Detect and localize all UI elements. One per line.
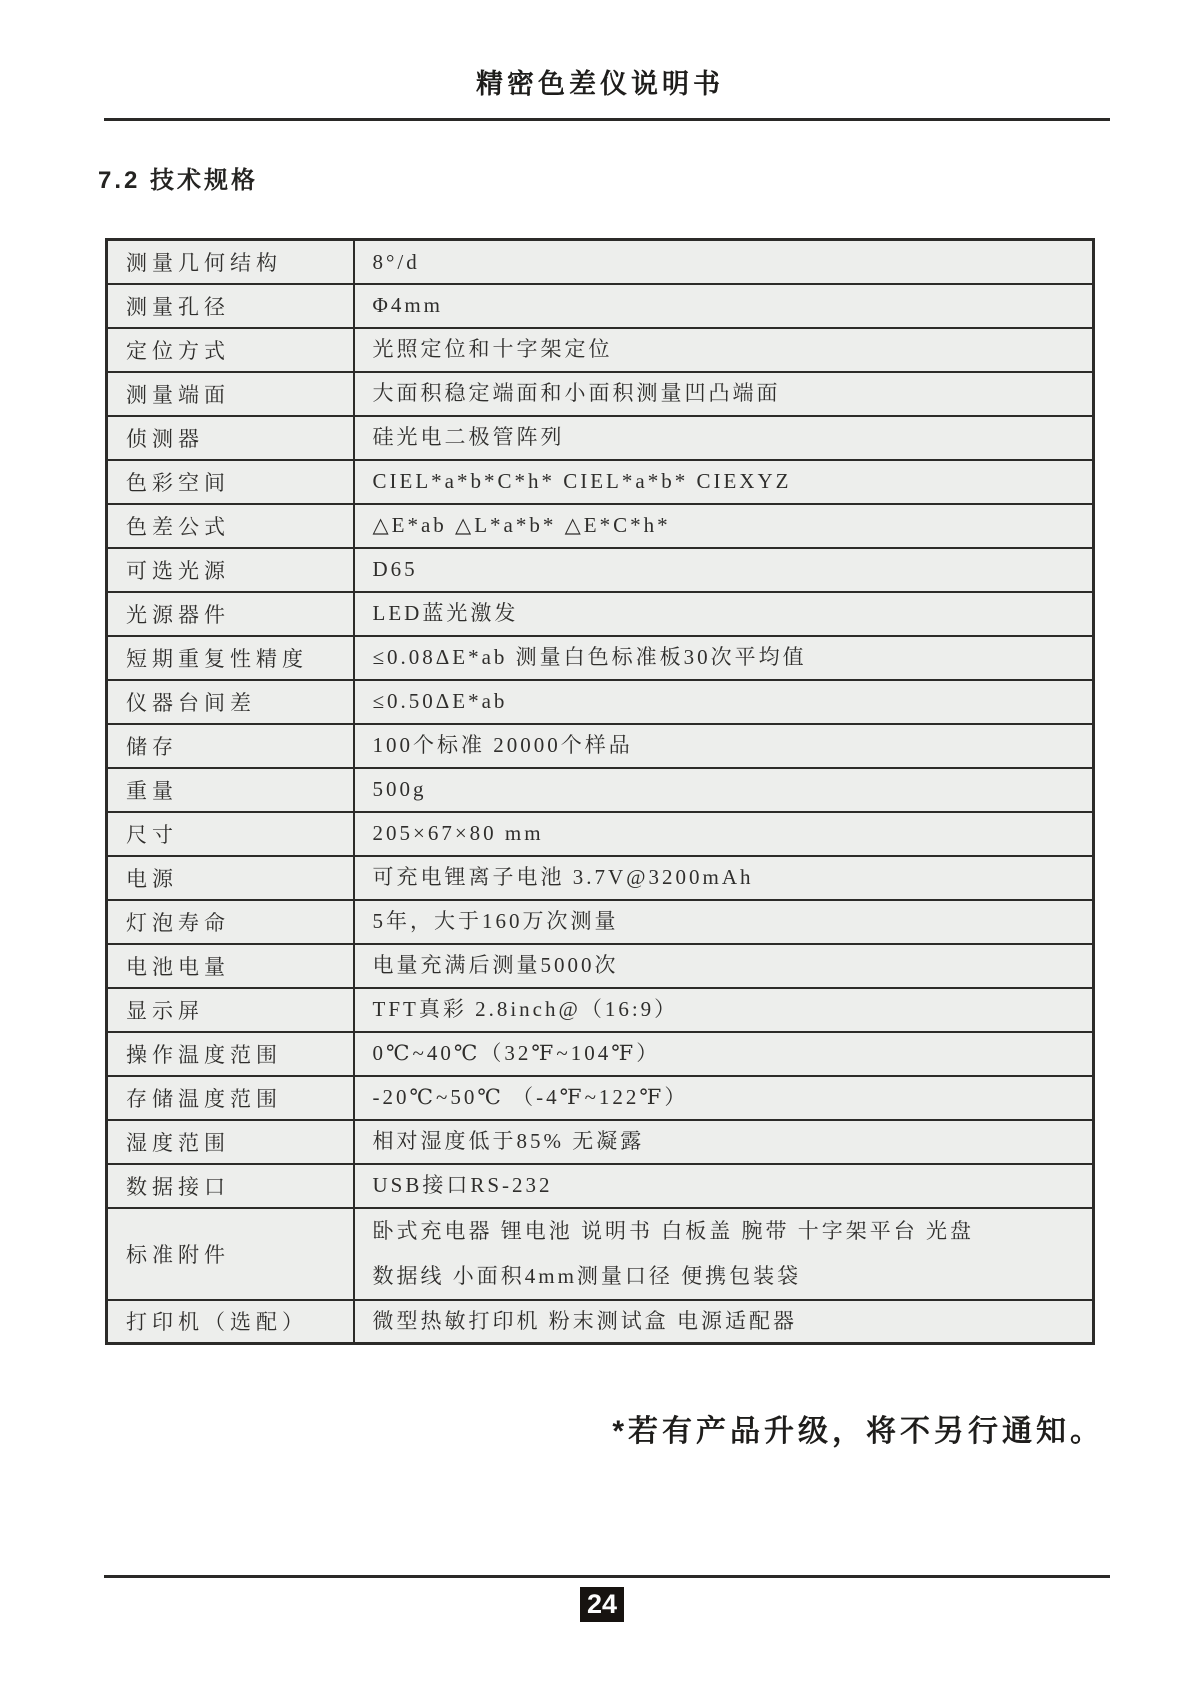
spec-label-cell: 显示屏 [107, 988, 354, 1032]
spec-label-cell: 测量端面 [107, 372, 354, 416]
spec-value-cell: 电量充满后测量5000次 [354, 944, 1094, 988]
manual-page: 精密色差仪说明书 7.2 技术规格 测量几何结构8°/d测量孔径Φ4mm定位方式… [0, 0, 1200, 1702]
table-row: 测量几何结构8°/d [107, 240, 1094, 284]
table-row: 测量端面大面积稳定端面和小面积测量凹凸端面 [107, 372, 1094, 416]
document-header-title: 精密色差仪说明书 [0, 62, 1200, 101]
table-row: 短期重复性精度≤0.08ΔE*ab 测量白色标准板30次平均值 [107, 636, 1094, 680]
spec-label-cell: 操作温度范围 [107, 1032, 354, 1076]
table-row: 湿度范围相对湿度低于85% 无凝露 [107, 1120, 1094, 1164]
spec-label-cell: 色彩空间 [107, 460, 354, 504]
table-row: 存储温度范围-20℃~50℃ （-4℉~122℉） [107, 1076, 1094, 1120]
page-number-badge: 24 [580, 1587, 624, 1622]
table-row: 灯泡寿命5年，大于160万次测量 [107, 900, 1094, 944]
spec-value-cell: 0℃~40℃（32℉~104℉） [354, 1032, 1094, 1076]
table-row: 电池电量电量充满后测量5000次 [107, 944, 1094, 988]
spec-label-cell: 湿度范围 [107, 1120, 354, 1164]
spec-label-cell: 重量 [107, 768, 354, 812]
table-row: 储存100个标准 20000个样品 [107, 724, 1094, 768]
table-row: 电源可充电锂离子电池 3.7V@3200mAh [107, 856, 1094, 900]
spec-table: 测量几何结构8°/d测量孔径Φ4mm定位方式光照定位和十字架定位测量端面大面积稳… [105, 238, 1095, 1345]
spec-label-cell: 电源 [107, 856, 354, 900]
spec-value-cell: 相对湿度低于85% 无凝露 [354, 1120, 1094, 1164]
table-row: 重量500g [107, 768, 1094, 812]
spec-label-cell: 数据接口 [107, 1164, 354, 1208]
spec-value-cell: ≤0.50ΔE*ab [354, 680, 1094, 724]
spec-label-cell: 可选光源 [107, 548, 354, 592]
spec-table-body: 测量几何结构8°/d测量孔径Φ4mm定位方式光照定位和十字架定位测量端面大面积稳… [107, 240, 1094, 1344]
section-title: 7.2 技术规格 [98, 160, 258, 195]
spec-label-cell: 标准附件 [107, 1208, 354, 1300]
spec-value-cell: 100个标准 20000个样品 [354, 724, 1094, 768]
table-row: 定位方式光照定位和十字架定位 [107, 328, 1094, 372]
spec-value-cell: 卧式充电器 锂电池 说明书 白板盖 腕带 十字架平台 光盘 数据线 小面积4mm… [354, 1208, 1094, 1300]
spec-label-cell: 色差公式 [107, 504, 354, 548]
table-row: 测量孔径Φ4mm [107, 284, 1094, 328]
spec-value-cell: USB接口RS-232 [354, 1164, 1094, 1208]
spec-value-cell: CIEL*a*b*C*h* CIEL*a*b* CIEXYZ [354, 460, 1094, 504]
spec-value-cell: 硅光电二极管阵列 [354, 416, 1094, 460]
spec-label-cell: 储存 [107, 724, 354, 768]
table-row: 显示屏TFT真彩 2.8inch@（16:9） [107, 988, 1094, 1032]
spec-label-cell: 侦测器 [107, 416, 354, 460]
spec-value-cell: 可充电锂离子电池 3.7V@3200mAh [354, 856, 1094, 900]
footer-divider [104, 1575, 1110, 1578]
spec-value-cell: LED蓝光激发 [354, 592, 1094, 636]
spec-label-cell: 短期重复性精度 [107, 636, 354, 680]
table-row: 数据接口USB接口RS-232 [107, 1164, 1094, 1208]
spec-label-cell: 定位方式 [107, 328, 354, 372]
spec-label-cell: 测量孔径 [107, 284, 354, 328]
spec-label-cell: 存储温度范围 [107, 1076, 354, 1120]
table-row: 尺寸205×67×80 mm [107, 812, 1094, 856]
table-row: 标准附件卧式充电器 锂电池 说明书 白板盖 腕带 十字架平台 光盘 数据线 小面… [107, 1208, 1094, 1300]
spec-value-cell: 205×67×80 mm [354, 812, 1094, 856]
spec-value-cell: 微型热敏打印机 粉末测试盒 电源适配器 [354, 1300, 1094, 1344]
spec-value-cell: 8°/d [354, 240, 1094, 284]
spec-value-cell: 5年，大于160万次测量 [354, 900, 1094, 944]
spec-value-cell: D65 [354, 548, 1094, 592]
spec-label-cell: 灯泡寿命 [107, 900, 354, 944]
spec-value-cell: 大面积稳定端面和小面积测量凹凸端面 [354, 372, 1094, 416]
table-row: 光源器件LED蓝光激发 [107, 592, 1094, 636]
spec-label-cell: 仪器台间差 [107, 680, 354, 724]
spec-value-cell: -20℃~50℃ （-4℉~122℉） [354, 1076, 1094, 1120]
spec-label-cell: 打印机（选配） [107, 1300, 354, 1344]
spec-value-cell: TFT真彩 2.8inch@（16:9） [354, 988, 1094, 1032]
table-row: 操作温度范围0℃~40℃（32℉~104℉） [107, 1032, 1094, 1076]
table-row: 侦测器硅光电二极管阵列 [107, 416, 1094, 460]
spec-value-cell: Φ4mm [354, 284, 1094, 328]
upgrade-notice: *若有产品升级，将不另行通知。 [612, 1406, 1104, 1450]
table-row: 色差公式△E*ab △L*a*b* △E*C*h* [107, 504, 1094, 548]
spec-label-cell: 测量几何结构 [107, 240, 354, 284]
table-row: 色彩空间CIEL*a*b*C*h* CIEL*a*b* CIEXYZ [107, 460, 1094, 504]
spec-label-cell: 光源器件 [107, 592, 354, 636]
table-row: 可选光源D65 [107, 548, 1094, 592]
spec-label-cell: 电池电量 [107, 944, 354, 988]
header-divider [104, 118, 1110, 121]
spec-value-cell: 光照定位和十字架定位 [354, 328, 1094, 372]
spec-label-cell: 尺寸 [107, 812, 354, 856]
table-row: 仪器台间差≤0.50ΔE*ab [107, 680, 1094, 724]
spec-value-cell: 500g [354, 768, 1094, 812]
table-row: 打印机（选配）微型热敏打印机 粉末测试盒 电源适配器 [107, 1300, 1094, 1344]
spec-value-cell: △E*ab △L*a*b* △E*C*h* [354, 504, 1094, 548]
spec-value-cell: ≤0.08ΔE*ab 测量白色标准板30次平均值 [354, 636, 1094, 680]
